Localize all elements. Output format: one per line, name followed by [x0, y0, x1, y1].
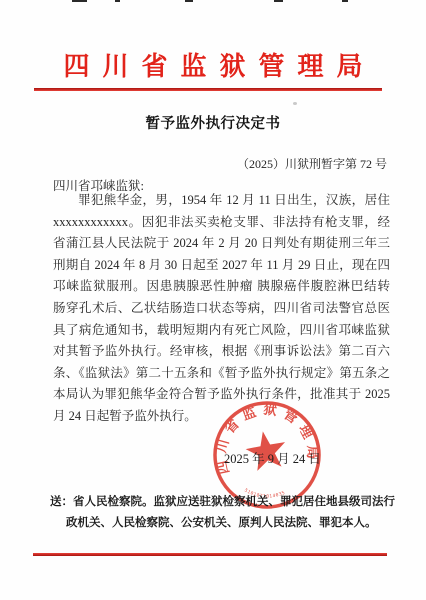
distribution-note: 送：省人民检察院。监狱应送驻狱检察机关、罪犯居住地县级司法行 政机关、人民检察院… — [50, 492, 398, 534]
body-line: 肠穿孔术后、乙状结肠造口状态等病，四川省司法警官总医院出 — [53, 298, 390, 320]
body-line: 罪犯熊华金，男，1954 年 12 月 11 日出生，汉族，居住地 — [53, 190, 390, 212]
scan-artifact — [274, 0, 283, 2]
doc-number: （2025）川狱刑暂字第 72 号 — [237, 155, 387, 172]
scan-artifact — [115, 0, 120, 2]
scan-artifact — [185, 0, 193, 2]
scan-artifact — [72, 0, 87, 2]
issue-date: 2025 年 9 月 24 日 — [224, 449, 321, 467]
body-line: 省蒲江县人民法院于 2024 年 2 月 20 日判处有期徒刑三年三个月。 — [53, 233, 390, 255]
body-line: 条、《监狱法》第二十五条和《暂予监外执行规定》第五条之规定， — [53, 363, 390, 385]
footer-rule — [33, 553, 387, 556]
body-line: 对其暂予监外执行。经审核，根据《刑事诉讼法》第二百六十五 — [53, 341, 390, 363]
body-line: xxxxxxxxxxxx。因犯非法买卖枪支罪、非法持有枪支罪，经四川 — [53, 212, 390, 234]
body-text: 罪犯熊华金，男，1954 年 12 月 11 日出生，汉族，居住地 xxxxxx… — [53, 190, 390, 428]
scan-artifact — [293, 102, 297, 105]
body-line: 邛崃监狱服刑。因患胰腺恶性肿瘤 胰腺癌伴腹腔淋巴结转移、直 — [53, 276, 390, 298]
distribution-line: 送：省人民检察院。监狱应送驻狱检察机关、罪犯居住地县级司法行 — [50, 492, 398, 513]
distribution-line: 政机关、人民检察院、公安机关、原判人民法院、罪犯本人。 — [50, 513, 398, 534]
org-name: 四川省监狱管理局 — [0, 50, 426, 84]
header-rule — [34, 88, 382, 91]
body-line: 具了病危通知书，载明短期内有死亡风险，四川省邛崃监狱提请 — [53, 320, 390, 342]
doc-title: 暂予监外执行决定书 — [0, 112, 426, 133]
body-line: 刑期自 2024 年 8 月 30 日起至 2027 年 11 月 29 日止，… — [53, 255, 390, 277]
document-page: 四川省监狱管理局 暂予监外执行决定书 （2025）川狱刑暂字第 72 号 四川省… — [0, 0, 426, 600]
scan-artifact — [342, 0, 348, 2]
